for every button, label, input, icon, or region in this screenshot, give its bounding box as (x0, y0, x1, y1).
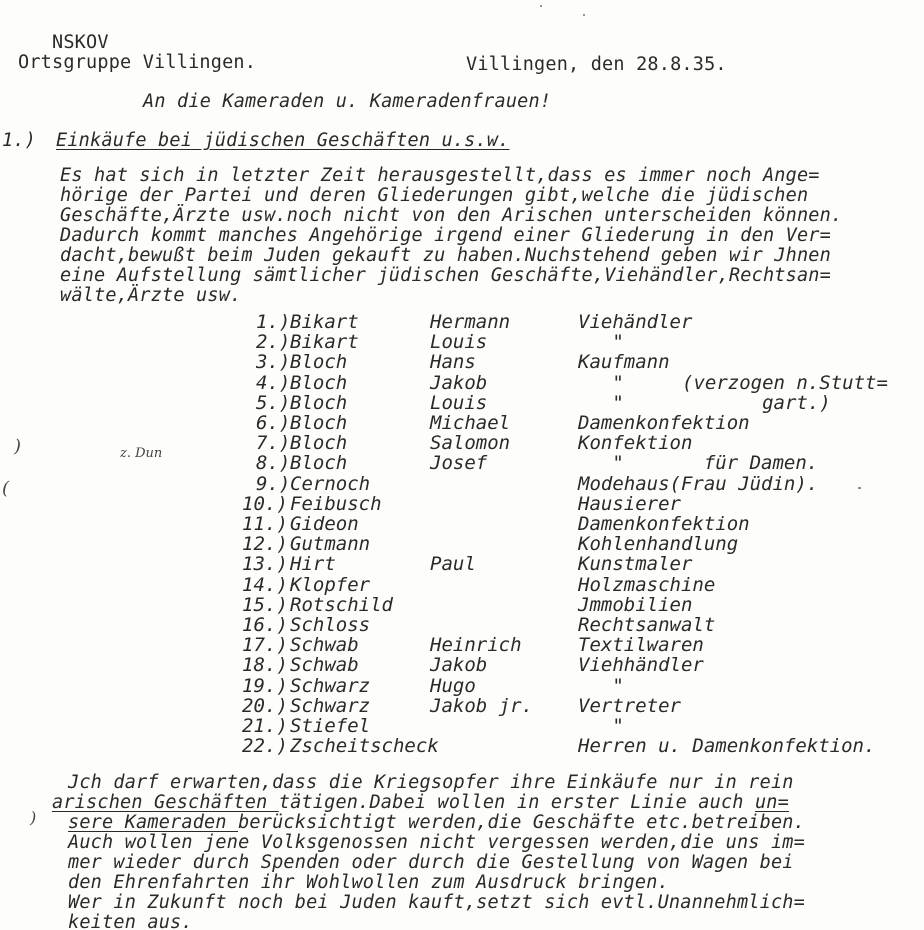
list-surname: Bloch (290, 413, 347, 433)
list-trade: Konfektion (578, 433, 692, 453)
paper-speck (858, 487, 861, 489)
list-number: 20.) (242, 696, 288, 716)
list-surname: Bikart (290, 312, 359, 332)
list-firstname: Paul (430, 554, 476, 574)
closing-line: Auch wollen jene Volksgenossen nicht ver… (68, 833, 805, 853)
list-surname: Gideon (290, 514, 359, 534)
list-number: 5.) (256, 393, 290, 413)
list-trade: Viehändler (578, 312, 692, 332)
list-trade: Holzmaschine (578, 575, 715, 595)
handwritten-margin-note: z. Dun (120, 446, 162, 461)
intro-line: wälte,Ärzte usw. (60, 286, 241, 306)
closing-line: den Ehrenfahrten ihr Wohlwollen zum Ausd… (68, 873, 669, 893)
list-number: 7.) (256, 433, 290, 453)
list-firstname: Josef (430, 453, 487, 473)
list-number: 17.) (242, 635, 288, 655)
list-number: 21.) (242, 716, 288, 736)
intro-line: hörige der Partei und deren Gliederungen… (60, 186, 808, 206)
list-number: 8.) (256, 453, 290, 473)
list-trade: " (578, 332, 624, 352)
list-trade: Kohlenhandlung (578, 534, 738, 554)
list-trade: Damenkonfektion (578, 413, 750, 433)
list-surname: Schwab (290, 635, 359, 655)
list-number: 10.) (242, 494, 288, 514)
list-trade: Hausierer (578, 494, 681, 514)
list-surname: Schwarz (290, 676, 370, 696)
list-trade: " (578, 716, 624, 736)
underlined-phrase: un= (755, 792, 789, 813)
list-firstname: Michael (430, 413, 510, 433)
list-surname: Rotschild (290, 595, 393, 615)
closing-line: sere Kameraden berücksichtigt werden,die… (68, 813, 805, 833)
list-surname: Zscheitscheck (290, 736, 439, 756)
list-surname: Schwarz (290, 696, 370, 716)
list-trade: Damenkonfektion (578, 514, 750, 534)
list-firstname: Jakob jr. (430, 696, 533, 716)
list-surname: Bloch (290, 453, 347, 473)
list-number: 1.) (256, 312, 290, 332)
paper-speck (583, 14, 585, 16)
margin-mark: ( (2, 478, 9, 499)
list-trade: Herren u. Damenkonfektion. (578, 736, 875, 756)
list-surname: Bloch (290, 373, 347, 393)
intro-line: eine Aufstellung sämtlicher jüdischen Ge… (60, 266, 831, 286)
list-number: 12.) (242, 534, 288, 554)
list-number: 6.) (256, 413, 290, 433)
list-note: (verzogen n.Stutt= (682, 373, 888, 393)
closing-text: berücksichtigt werden,die Geschäfte etc.… (238, 812, 805, 833)
list-number: 15.) (242, 595, 288, 615)
list-surname: Schloss (290, 615, 370, 635)
list-surname: Bloch (290, 352, 347, 372)
margin-mark: ) (14, 436, 21, 457)
closing-line: keiten aus. (68, 913, 193, 930)
list-number: 19.) (242, 676, 288, 696)
margin-mark: ) (30, 808, 36, 827)
list-trade: " (578, 373, 624, 393)
list-note: gart.) (682, 393, 831, 413)
list-surname: Gutmann (290, 534, 370, 554)
list-firstname: Jakob (430, 373, 487, 393)
list-number: 3.) (256, 352, 290, 372)
list-number: 9.) (256, 474, 290, 494)
list-trade: Jmmobilien (578, 595, 692, 615)
list-number: 13.) (242, 554, 288, 574)
list-surname: Bikart (290, 332, 359, 352)
list-number: 14.) (242, 575, 288, 595)
section-title: Einkäufe bei jüdischen Geschäften u.s.w. (56, 131, 510, 151)
document-page: NSKOV Ortsgruppe Villingen. Villingen, d… (0, 0, 924, 930)
list-surname: Klopfer (290, 575, 370, 595)
letterhead-date: Villingen, den 28.8.35. (466, 55, 727, 75)
list-trade: Kunstmaler (578, 554, 692, 574)
list-surname: Cernoch (290, 474, 370, 494)
list-surname: Feibusch (290, 494, 382, 514)
list-trade: Rechtsanwalt (578, 615, 715, 635)
list-trade: " (578, 676, 624, 696)
list-firstname: Jakob (430, 655, 487, 675)
list-surname: Stiefel (290, 716, 370, 736)
list-surname: Hirt (290, 554, 336, 574)
intro-line: Dadurch kommt manches Angehörige irgend … (60, 226, 831, 246)
list-trade: Vertreter (578, 696, 681, 716)
salutation: An die Kameraden u. Kameradenfrauen! (143, 92, 551, 112)
list-trade: " für Damen. (578, 453, 818, 473)
list-firstname: Hans (430, 352, 476, 372)
list-trade: Modehaus(Frau Jüdin). (578, 474, 818, 494)
list-number: 4.) (256, 373, 290, 393)
list-firstname: Louis (430, 393, 487, 413)
closing-line: Jch darf erwarten,dass die Kriegsopfer i… (68, 773, 794, 793)
intro-line: Geschäfte,Ärzte usw.noch nicht von den A… (60, 206, 842, 226)
paper-speck (540, 5, 542, 7)
list-trade: " (578, 393, 624, 413)
list-number: 22.) (242, 736, 288, 756)
list-trade: Viehhändler (578, 655, 704, 675)
list-surname: Bloch (290, 433, 347, 453)
closing-text: tätigen.Dabei wollen in erster Linie auc… (279, 792, 755, 813)
list-surname: Schwab (290, 655, 359, 675)
list-surname: Bloch (290, 393, 347, 413)
closing-line: arischen Geschäften tätigen.Dabei wollen… (52, 793, 789, 813)
underlined-phrase: arischen Geschäften (52, 792, 279, 813)
closing-line: Wer in Zukunft noch bei Juden kauft,setz… (68, 893, 805, 913)
intro-line: dacht,bewußt beim Juden gekauft zu haben… (60, 246, 831, 266)
list-number: 2.) (256, 332, 290, 352)
list-firstname: Hermann (430, 312, 510, 332)
list-trade: Kaufmann (578, 352, 670, 372)
section-number: 1.) (2, 131, 36, 151)
closing-line: mer wieder durch Spenden oder durch die … (68, 853, 794, 873)
list-number: 11.) (242, 514, 288, 534)
list-firstname: Salomon (430, 433, 510, 453)
list-firstname: Louis (430, 332, 487, 352)
underlined-phrase: sere Kameraden (68, 812, 238, 833)
intro-line: Es hat sich in letzter Zeit herausgestel… (60, 166, 820, 186)
list-number: 16.) (242, 615, 288, 635)
list-firstname: Heinrich (430, 635, 522, 655)
list-number: 18.) (242, 655, 288, 675)
letterhead-org: NSKOV (52, 33, 109, 53)
letterhead-group: Ortsgruppe Villingen. (18, 53, 256, 73)
list-firstname: Hugo (430, 676, 476, 696)
list-trade: Textilwaren (578, 635, 704, 655)
